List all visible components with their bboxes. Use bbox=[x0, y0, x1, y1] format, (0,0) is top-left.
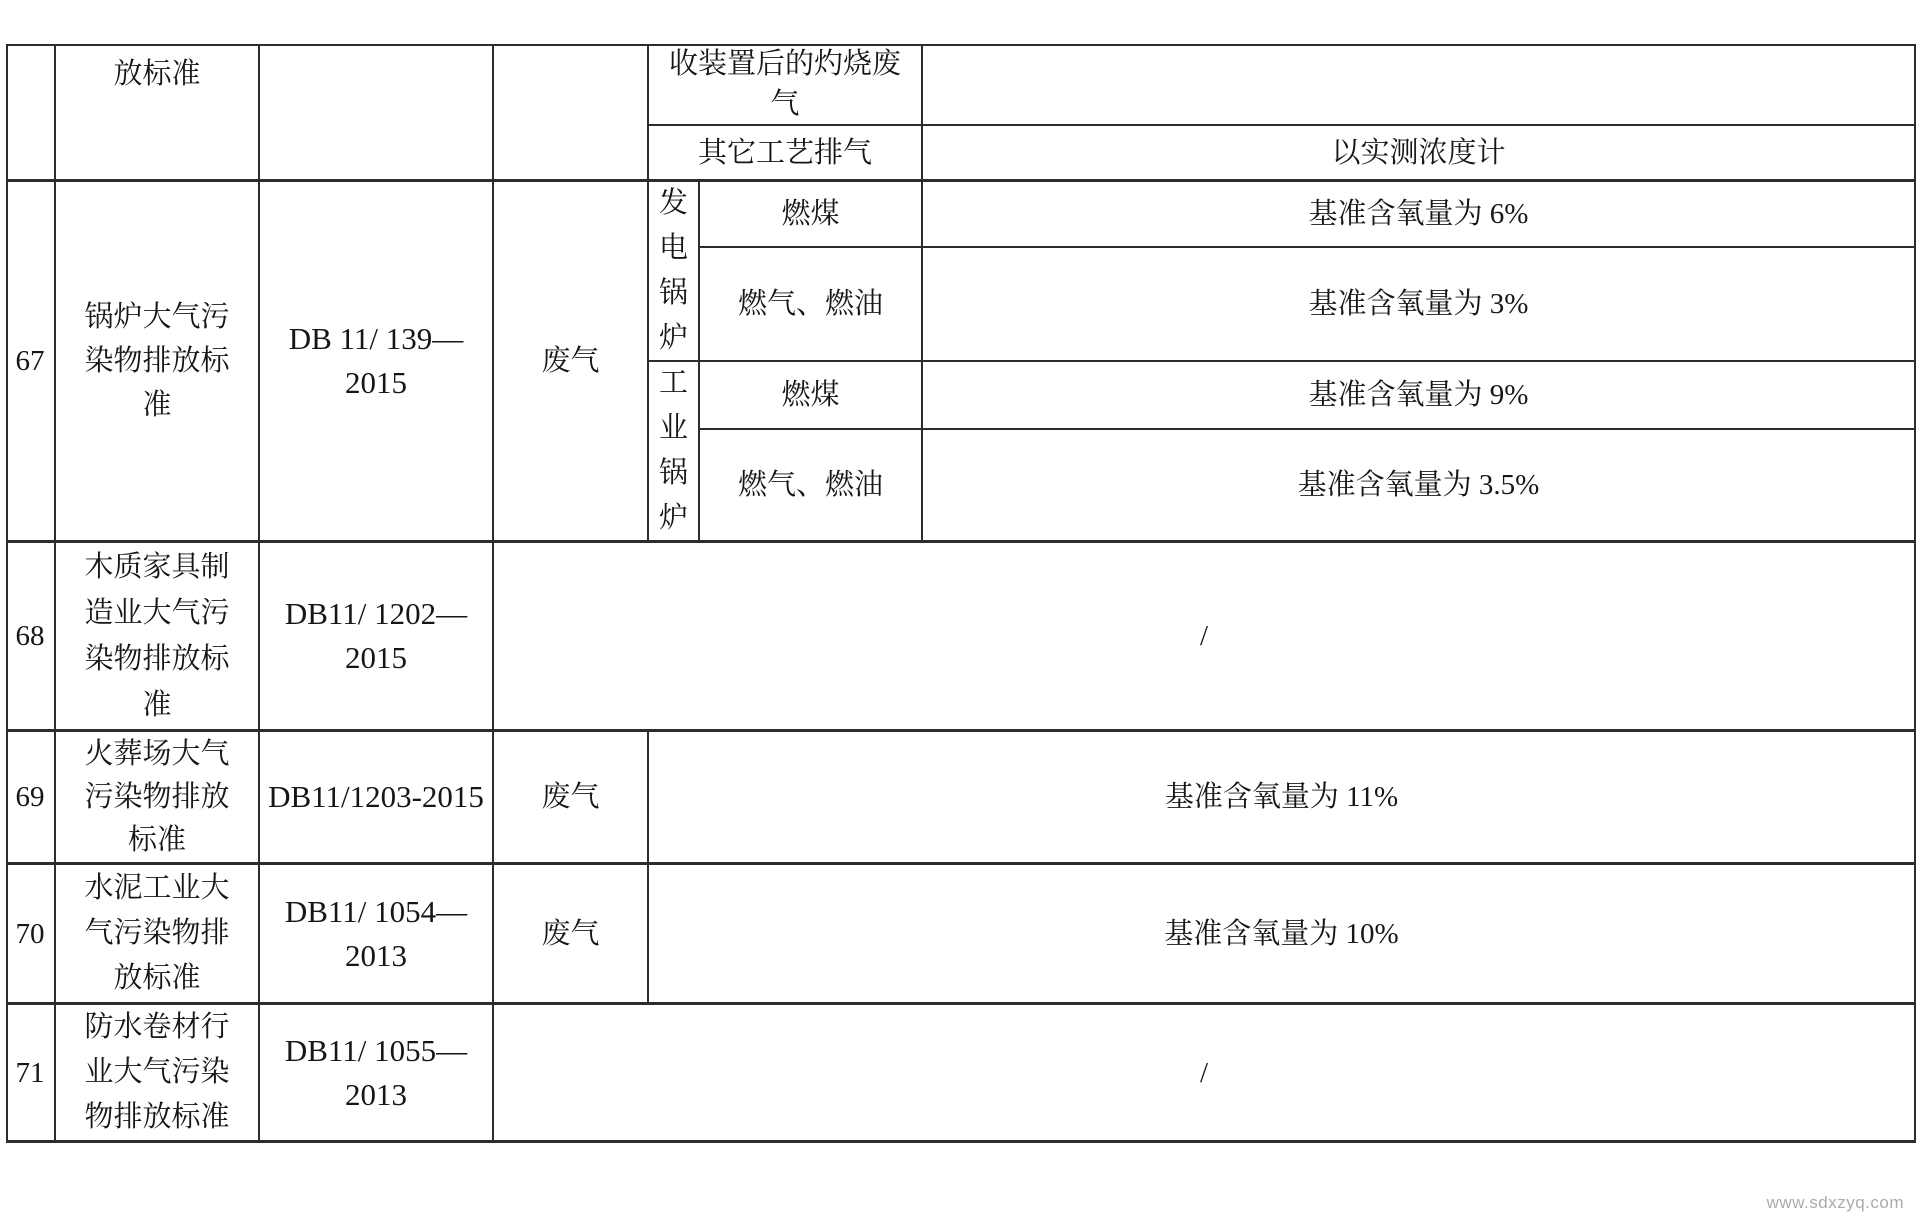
standard-name: 防水卷材行 业大气污染 物排放标准 bbox=[56, 1005, 260, 1143]
standard-code: DB 11/ 139— 2015 bbox=[260, 182, 494, 543]
boiler-category-power: 发 电 锅 炉 bbox=[649, 182, 700, 362]
standard-name: 水泥工业大 气污染物排 放标准 bbox=[56, 865, 260, 1005]
fuel-type: 燃煤 bbox=[700, 182, 923, 248]
limit-note: 基准含氧量为 10% bbox=[649, 865, 1916, 1005]
row-number: 69 bbox=[6, 732, 56, 865]
pollutant-type: 废气 bbox=[494, 865, 649, 1005]
limit-note: / bbox=[494, 1005, 1916, 1143]
row-number: 68 bbox=[6, 543, 56, 732]
limit-note: 基准含氧量为 11% bbox=[649, 732, 1916, 865]
fuel-type: 燃气、燃油 bbox=[700, 248, 923, 362]
carryover-pollutant-type-cell bbox=[494, 44, 649, 182]
standard-code: DB11/ 1202— 2015 bbox=[260, 543, 494, 732]
pollutant-type: 废气 bbox=[494, 732, 649, 865]
carryover-standard-name: 放标准 bbox=[56, 44, 260, 182]
row-number: 67 bbox=[6, 182, 56, 543]
carryover-value-1 bbox=[923, 44, 1916, 126]
standard-code: DB11/ 1054— 2013 bbox=[260, 865, 494, 1005]
limit-note: 基准含氧量为 9% bbox=[923, 362, 1916, 430]
standard-code: DB11/ 1055— 2013 bbox=[260, 1005, 494, 1143]
pollutant-type: 废气 bbox=[494, 182, 649, 543]
limit-note: / bbox=[494, 543, 1916, 732]
limit-note: 基准含氧量为 3% bbox=[923, 248, 1916, 362]
fuel-type: 燃煤 bbox=[700, 362, 923, 430]
carryover-condition-1: 收装置后的灼烧废 气 bbox=[649, 44, 923, 126]
boiler-category-industrial: 工 业 锅 炉 bbox=[649, 362, 700, 543]
carryover-condition-2: 其它工艺排气 bbox=[649, 126, 923, 182]
standard-name: 木质家具制 造业大气污 染物排放标 准 bbox=[56, 543, 260, 732]
standard-name: 火葬场大气 污染物排放 标准 bbox=[56, 732, 260, 865]
fuel-type: 燃气、燃油 bbox=[700, 430, 923, 543]
row-number: 70 bbox=[6, 865, 56, 1005]
limit-note: 基准含氧量为 3.5% bbox=[923, 430, 1916, 543]
row-number: 71 bbox=[6, 1005, 56, 1143]
limit-note: 基准含氧量为 6% bbox=[923, 182, 1916, 248]
carryover-value-2: 以实测浓度计 bbox=[923, 126, 1916, 182]
standard-code: DB11/1203-2015 bbox=[260, 732, 494, 865]
standard-name: 锅炉大气污 染物排放标 准 bbox=[56, 182, 260, 543]
carryover-standard-code-cell bbox=[260, 44, 494, 182]
watermark-text: www.sdxzyq.com bbox=[1767, 1193, 1904, 1213]
carryover-number-cell bbox=[6, 44, 56, 182]
